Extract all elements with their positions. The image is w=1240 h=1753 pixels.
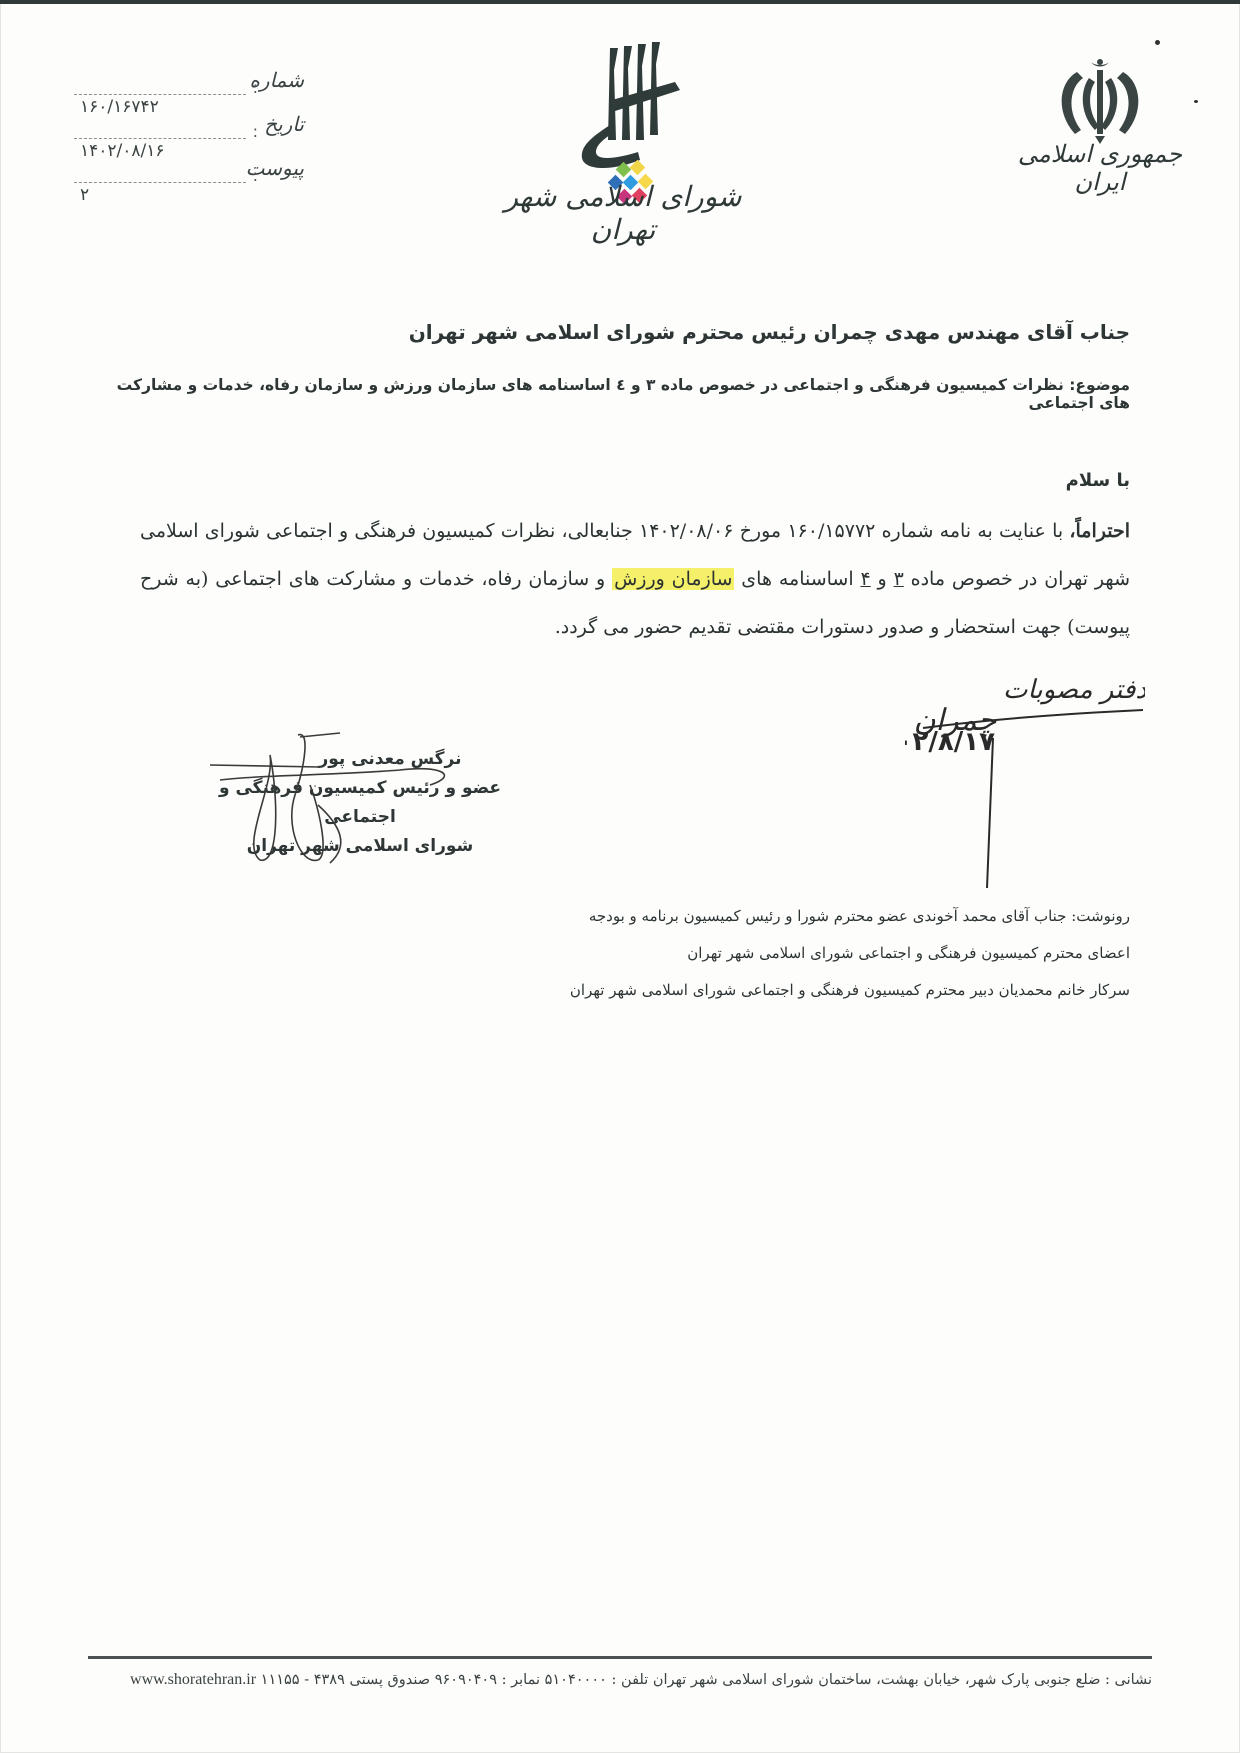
body-paragraph: احتراماً، با عنایت به نامه شماره ۱۶۰/۱۵۷… (140, 507, 1130, 651)
iran-emblem-icon (1045, 52, 1155, 147)
meta-colon: : (253, 122, 258, 141)
iran-emblem-logotype: جمهوری اسلامی ایران (1015, 140, 1185, 196)
svg-text:۱۴۰۲/۸/۱۷: ۱۴۰۲/۸/۱۷ (905, 727, 995, 757)
meta-colon: : (253, 78, 258, 97)
body-lead: احتراماً، (1069, 520, 1130, 542)
cc-item: اعضای محترم کمیسیون فرهنگی و اجتماعی شور… (570, 935, 1130, 972)
meta-date-label: تاریخ (264, 112, 304, 136)
body-text-2: اساسنامه های (734, 568, 860, 590)
scan-speck (1194, 100, 1198, 103)
council-name-logotype: شورای اسلامی شهر تهران (498, 180, 748, 246)
highlighted-text: سازمان ورزش (612, 568, 734, 590)
cc-list: رونوشت: جناب آقای محمد آخوندی عضو محترم … (570, 898, 1130, 1009)
body-and: و (871, 568, 894, 590)
cc-item: رونوشت: جناب آقای محمد آخوندی عضو محترم … (570, 898, 1130, 935)
footer-address-text: نشانی : ضلع جنوبی پارک شهر، خیابان بهشت،… (256, 1672, 1152, 1688)
footer-address: نشانی : ضلع جنوبی پارک شهر، خیابان بهشت،… (88, 1671, 1152, 1689)
article-number-b: ۴ (860, 568, 870, 590)
article-number-a: ۳ (894, 568, 904, 590)
handwritten-annotation: دفتر مصوبات چمران ۱۴۰۲/۸/۱۷ (905, 660, 1145, 890)
footer-divider (88, 1656, 1152, 1659)
signer-title: عضو و رئیس کمیسیون فرهنگی و اجتماعی (200, 774, 520, 832)
scan-speck (1155, 40, 1160, 45)
meta-colon: : (253, 166, 258, 185)
signer-organization: شورای اسلامی شهر تهران (200, 832, 520, 861)
greeting: با سلام (1066, 470, 1130, 491)
signer-name: نرگس معدنی پور (200, 745, 580, 774)
meta-attachment-value: ۲ (80, 185, 89, 205)
addressee: جناب آقای مهندس مهدی چمران رئیس محترم شو… (409, 320, 1130, 344)
letter-meta: شماره : ۱۶۰/۱۶۷۴۲ تاریخ : ۱۴۰۲/۰۸/۱۶ پیو… (74, 68, 304, 200)
svg-text:دفتر مصوبات: دفتر مصوبات (1003, 675, 1145, 705)
subject-line: موضوع: نظرات کمیسیون فرهنگی و اجتماعی در… (100, 376, 1130, 412)
signer-block: نرگس معدنی پور عضو و رئیس کمیسیون فرهنگی… (200, 745, 520, 861)
meta-dotted-line (74, 182, 246, 183)
meta-date: تاریخ : ۱۴۰۲/۰۸/۱۶ (74, 112, 304, 156)
scan-top-edge (0, 0, 1240, 4)
meta-dotted-line (74, 138, 246, 139)
footer-website: www.shoratehran.ir (130, 1671, 256, 1688)
cc-item: سرکار خانم محمدیان دبیر محترم کمیسیون فر… (570, 972, 1130, 1009)
meta-dotted-line (74, 94, 246, 95)
meta-attachment: پیوست : ۲ (74, 156, 304, 200)
meta-number: شماره : ۱۶۰/۱۶۷۴۲ (74, 68, 304, 112)
